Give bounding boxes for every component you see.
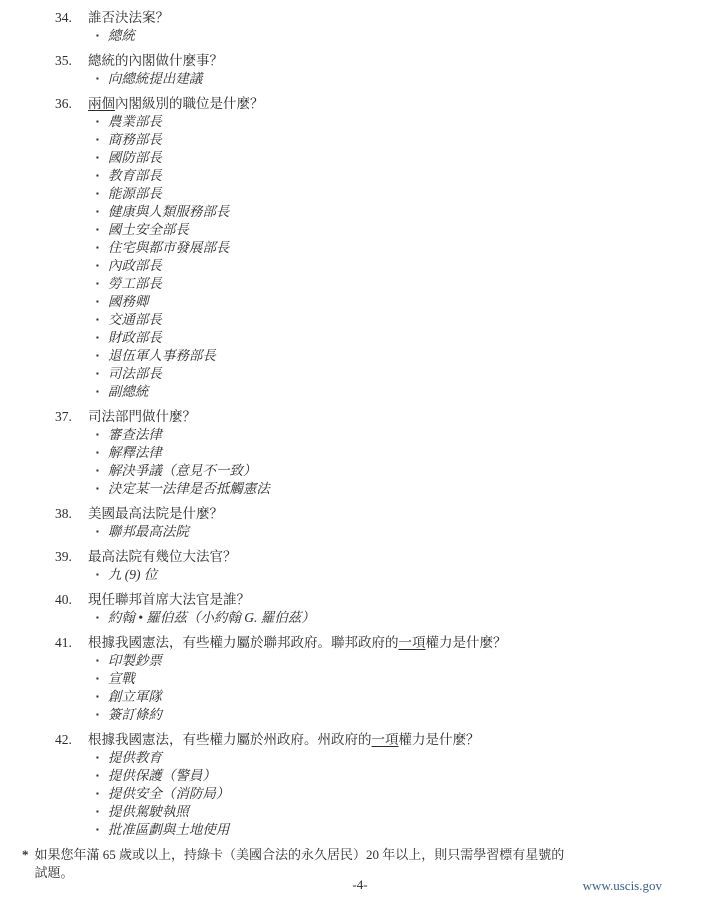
- question-number: 38.: [55, 505, 88, 541]
- answer-text: 副總統: [108, 383, 149, 401]
- question-item: 37.司法部門做什麼？▪審查法律▪解釋法律▪解決爭議（意見不一致）▪決定某一法律…: [0, 408, 720, 498]
- question-number: 37.: [55, 408, 88, 498]
- questions-list: 34.誰否決法案？▪總統35.總統的內閣做什麼事？▪向總統提出建議36.兩個內閣…: [0, 9, 720, 839]
- bullet-icon: ▪: [96, 311, 99, 329]
- answer-item: ▪勞工部長: [88, 275, 720, 293]
- bullet-icon: ▪: [96, 329, 99, 347]
- answer-item: ▪提供安全（消防局）: [88, 785, 720, 803]
- answer-item: ▪健康與人類服務部長: [88, 203, 720, 221]
- answer-item: ▪副總統: [88, 383, 720, 401]
- answer-text: 總統: [108, 27, 135, 45]
- answer-item: ▪解釋法律: [88, 444, 720, 462]
- page-number: -4-: [352, 877, 367, 892]
- answer-text: 國土安全部長: [108, 221, 189, 239]
- bullet-icon: ▪: [96, 803, 99, 821]
- answer-text: 內政部長: [108, 257, 162, 275]
- answer-item: ▪農業部長: [88, 113, 720, 131]
- bullet-icon: ▪: [96, 609, 99, 627]
- question-item: 34.誰否決法案？▪總統: [0, 9, 720, 45]
- answer-text: 勞工部長: [108, 275, 162, 293]
- question-text: 美國最高法院是什麼？: [88, 505, 720, 523]
- question-item: 40.現任聯邦首席大法官是誰？▪約翰 • 羅伯茲（小約翰 G. 羅伯茲）: [0, 591, 720, 627]
- footnote-line-1: 如果您年滿 65 歲或以上，持綠卡（美國合法的永久居民）20 年以上，則只需學習…: [35, 847, 565, 862]
- bullet-icon: ▪: [96, 167, 99, 185]
- question-text-segment: 權力是什麼？: [399, 732, 480, 747]
- bullet-icon: ▪: [96, 203, 99, 221]
- answer-text: 約翰 • 羅伯茲（小約翰 G. 羅伯茲）: [108, 609, 315, 627]
- answer-item: ▪退伍軍人事務部長: [88, 347, 720, 365]
- question-item: 41.根據我國憲法，有些權力屬於聯邦政府。聯邦政府的一項權力是什麼？▪印製鈔票▪…: [0, 634, 720, 724]
- answer-item: ▪商務部長: [88, 131, 720, 149]
- question-text-underlined: 一項: [399, 635, 426, 650]
- answer-text: 能源部長: [108, 185, 162, 203]
- question-number: 40.: [55, 591, 88, 627]
- answer-text: 創立軍隊: [108, 688, 162, 706]
- answer-item: ▪財政部長: [88, 329, 720, 347]
- answer-text: 向總統提出建議: [108, 70, 203, 88]
- answer-text: 司法部長: [108, 365, 162, 383]
- answer-item: ▪解決爭議（意見不一致）: [88, 462, 720, 480]
- bullet-icon: ▪: [96, 113, 99, 131]
- answer-text: 商務部長: [108, 131, 162, 149]
- answer-text: 提供教育: [108, 749, 162, 767]
- answer-item: ▪提供保護（警員）: [88, 767, 720, 785]
- question-body: 兩個內閣級別的職位是什麼？▪農業部長▪商務部長▪國防部長▪教育部長▪能源部長▪健…: [88, 95, 720, 401]
- answer-item: ▪提供駕駛執照: [88, 803, 720, 821]
- answer-text: 住宅與都市發展部長: [108, 239, 230, 257]
- answer-text: 審查法律: [108, 426, 162, 444]
- bullet-icon: ▪: [96, 444, 99, 462]
- answer-text: 退伍軍人事務部長: [108, 347, 216, 365]
- answer-text: 九 (9) 位: [108, 566, 158, 584]
- answer-text: 農業部長: [108, 113, 162, 131]
- bullet-icon: ▪: [96, 688, 99, 706]
- question-item: 42.根據我國憲法，有些權力屬於州政府。州政府的一項權力是什麼？▪提供教育▪提供…: [0, 731, 720, 839]
- document-page: 34.誰否決法案？▪總統35.總統的內閣做什麼事？▪向總統提出建議36.兩個內閣…: [0, 0, 720, 912]
- answer-item: ▪國防部長: [88, 149, 720, 167]
- answer-item: ▪聯邦最高法院: [88, 523, 720, 541]
- question-body: 根據我國憲法，有些權力屬於聯邦政府。聯邦政府的一項權力是什麼？▪印製鈔票▪宣戰▪…: [88, 634, 720, 724]
- question-text: 誰否決法案？: [88, 9, 720, 27]
- answer-text: 印製鈔票: [108, 652, 162, 670]
- answer-text: 提供駕駛執照: [108, 803, 189, 821]
- bullet-icon: ▪: [96, 293, 99, 311]
- answer-item: ▪向總統提出建議: [88, 70, 720, 88]
- question-text-segment: 司法部門做什麼？: [88, 409, 196, 424]
- bullet-icon: ▪: [96, 383, 99, 401]
- question-body: 總統的內閣做什麼事？▪向總統提出建議: [88, 52, 720, 88]
- answer-item: ▪審查法律: [88, 426, 720, 444]
- bullet-icon: ▪: [96, 365, 99, 383]
- answer-text: 宣戰: [108, 670, 135, 688]
- answer-text: 交通部長: [108, 311, 162, 329]
- bullet-icon: ▪: [96, 27, 99, 45]
- question-text-segment: 誰否決法案？: [88, 10, 169, 25]
- question-number: 34.: [55, 9, 88, 45]
- question-text: 司法部門做什麼？: [88, 408, 720, 426]
- question-body: 美國最高法院是什麼？▪聯邦最高法院: [88, 505, 720, 541]
- answer-item: ▪約翰 • 羅伯茲（小約翰 G. 羅伯茲）: [88, 609, 720, 627]
- question-number: 42.: [55, 731, 88, 839]
- question-body: 根據我國憲法，有些權力屬於州政府。州政府的一項權力是什麼？▪提供教育▪提供保護（…: [88, 731, 720, 839]
- question-text-segment: 最高法院有幾位大法官？: [88, 549, 237, 564]
- bullet-icon: ▪: [96, 221, 99, 239]
- answer-text: 健康與人類服務部長: [108, 203, 230, 221]
- question-item: 38.美國最高法院是什麼？▪聯邦最高法院: [0, 505, 720, 541]
- question-body: 現任聯邦首席大法官是誰？▪約翰 • 羅伯茲（小約翰 G. 羅伯茲）: [88, 591, 720, 627]
- question-body: 最高法院有幾位大法官？▪九 (9) 位: [88, 548, 720, 584]
- bullet-icon: ▪: [96, 767, 99, 785]
- question-body: 司法部門做什麼？▪審查法律▪解釋法律▪解決爭議（意見不一致）▪決定某一法律是否抵…: [88, 408, 720, 498]
- bullet-icon: ▪: [96, 239, 99, 257]
- question-text: 根據我國憲法，有些權力屬於聯邦政府。聯邦政府的一項權力是什麼？: [88, 634, 720, 652]
- answer-text: 教育部長: [108, 167, 162, 185]
- answer-item: ▪簽訂條約: [88, 706, 720, 724]
- question-text-segment: 內閣級別的職位是什麼？: [115, 96, 264, 111]
- question-number: 41.: [55, 634, 88, 724]
- question-text-segment: 權力是什麼？: [426, 635, 507, 650]
- bullet-icon: ▪: [96, 749, 99, 767]
- question-text-underlined: 一項: [372, 732, 399, 747]
- question-text-segment: 總統的內閣做什麼事？: [88, 53, 223, 68]
- answer-text: 解決爭議（意見不一致）: [108, 462, 257, 480]
- answer-item: ▪總統: [88, 27, 720, 45]
- answer-item: ▪九 (9) 位: [88, 566, 720, 584]
- answer-item: ▪國土安全部長: [88, 221, 720, 239]
- answer-text: 提供保護（警員）: [108, 767, 216, 785]
- bullet-icon: ▪: [96, 347, 99, 365]
- answer-text: 提供安全（消防局）: [108, 785, 230, 803]
- page-footer: -4- www.uscis.gov: [0, 877, 720, 893]
- bullet-icon: ▪: [96, 652, 99, 670]
- bullet-icon: ▪: [96, 821, 99, 839]
- question-text-underlined: 兩個: [88, 96, 115, 111]
- bullet-icon: ▪: [96, 185, 99, 203]
- bullet-icon: ▪: [96, 480, 99, 498]
- answer-text: 國防部長: [108, 149, 162, 167]
- question-text: 兩個內閣級別的職位是什麼？: [88, 95, 720, 113]
- answer-text: 解釋法律: [108, 444, 162, 462]
- bullet-icon: ▪: [96, 785, 99, 803]
- answer-text: 國務卿: [108, 293, 149, 311]
- answer-item: ▪交通部長: [88, 311, 720, 329]
- bullet-icon: ▪: [96, 523, 99, 541]
- question-text-segment: 現任聯邦首席大法官是誰？: [88, 592, 250, 607]
- answer-item: ▪創立軍隊: [88, 688, 720, 706]
- answer-item: ▪國務卿: [88, 293, 720, 311]
- question-number: 39.: [55, 548, 88, 584]
- question-text-segment: 美國最高法院是什麼？: [88, 506, 223, 521]
- question-item: 35.總統的內閣做什麼事？▪向總統提出建議: [0, 52, 720, 88]
- answer-text: 簽訂條約: [108, 706, 162, 724]
- bullet-icon: ▪: [96, 462, 99, 480]
- question-text: 總統的內閣做什麼事？: [88, 52, 720, 70]
- question-text: 最高法院有幾位大法官？: [88, 548, 720, 566]
- answer-item: ▪教育部長: [88, 167, 720, 185]
- uscis-link[interactable]: www.uscis.gov: [583, 878, 662, 894]
- answer-item: ▪住宅與都市發展部長: [88, 239, 720, 257]
- answer-item: ▪司法部長: [88, 365, 720, 383]
- bullet-icon: ▪: [96, 257, 99, 275]
- answer-text: 財政部長: [108, 329, 162, 347]
- question-text: 根據我國憲法，有些權力屬於州政府。州政府的一項權力是什麼？: [88, 731, 720, 749]
- answer-text: 決定某一法律是否抵觸憲法: [108, 480, 270, 498]
- bullet-icon: ▪: [96, 426, 99, 444]
- question-text-segment: 根據我國憲法，有些權力屬於聯邦政府。聯邦政府的: [88, 635, 399, 650]
- answer-item: ▪能源部長: [88, 185, 720, 203]
- question-item: 39.最高法院有幾位大法官？▪九 (9) 位: [0, 548, 720, 584]
- bullet-icon: ▪: [96, 670, 99, 688]
- bullet-icon: ▪: [96, 275, 99, 293]
- answer-text: 批准區劃與土地使用: [108, 821, 230, 839]
- bullet-icon: ▪: [96, 149, 99, 167]
- answer-item: ▪批准區劃與土地使用: [88, 821, 720, 839]
- answer-text: 聯邦最高法院: [108, 523, 189, 541]
- answer-item: ▪提供教育: [88, 749, 720, 767]
- bullet-icon: ▪: [96, 706, 99, 724]
- question-text: 現任聯邦首席大法官是誰？: [88, 591, 720, 609]
- question-number: 36.: [55, 95, 88, 401]
- bullet-icon: ▪: [96, 70, 99, 88]
- question-item: 36.兩個內閣級別的職位是什麼？▪農業部長▪商務部長▪國防部長▪教育部長▪能源部…: [0, 95, 720, 401]
- answer-item: ▪決定某一法律是否抵觸憲法: [88, 480, 720, 498]
- bullet-icon: ▪: [96, 566, 99, 584]
- answer-item: ▪宣戰: [88, 670, 720, 688]
- bullet-icon: ▪: [96, 131, 99, 149]
- question-body: 誰否決法案？▪總統: [88, 9, 720, 45]
- question-text-segment: 根據我國憲法，有些權力屬於州政府。州政府的: [88, 732, 372, 747]
- answer-item: ▪印製鈔票: [88, 652, 720, 670]
- question-number: 35.: [55, 52, 88, 88]
- answer-item: ▪內政部長: [88, 257, 720, 275]
